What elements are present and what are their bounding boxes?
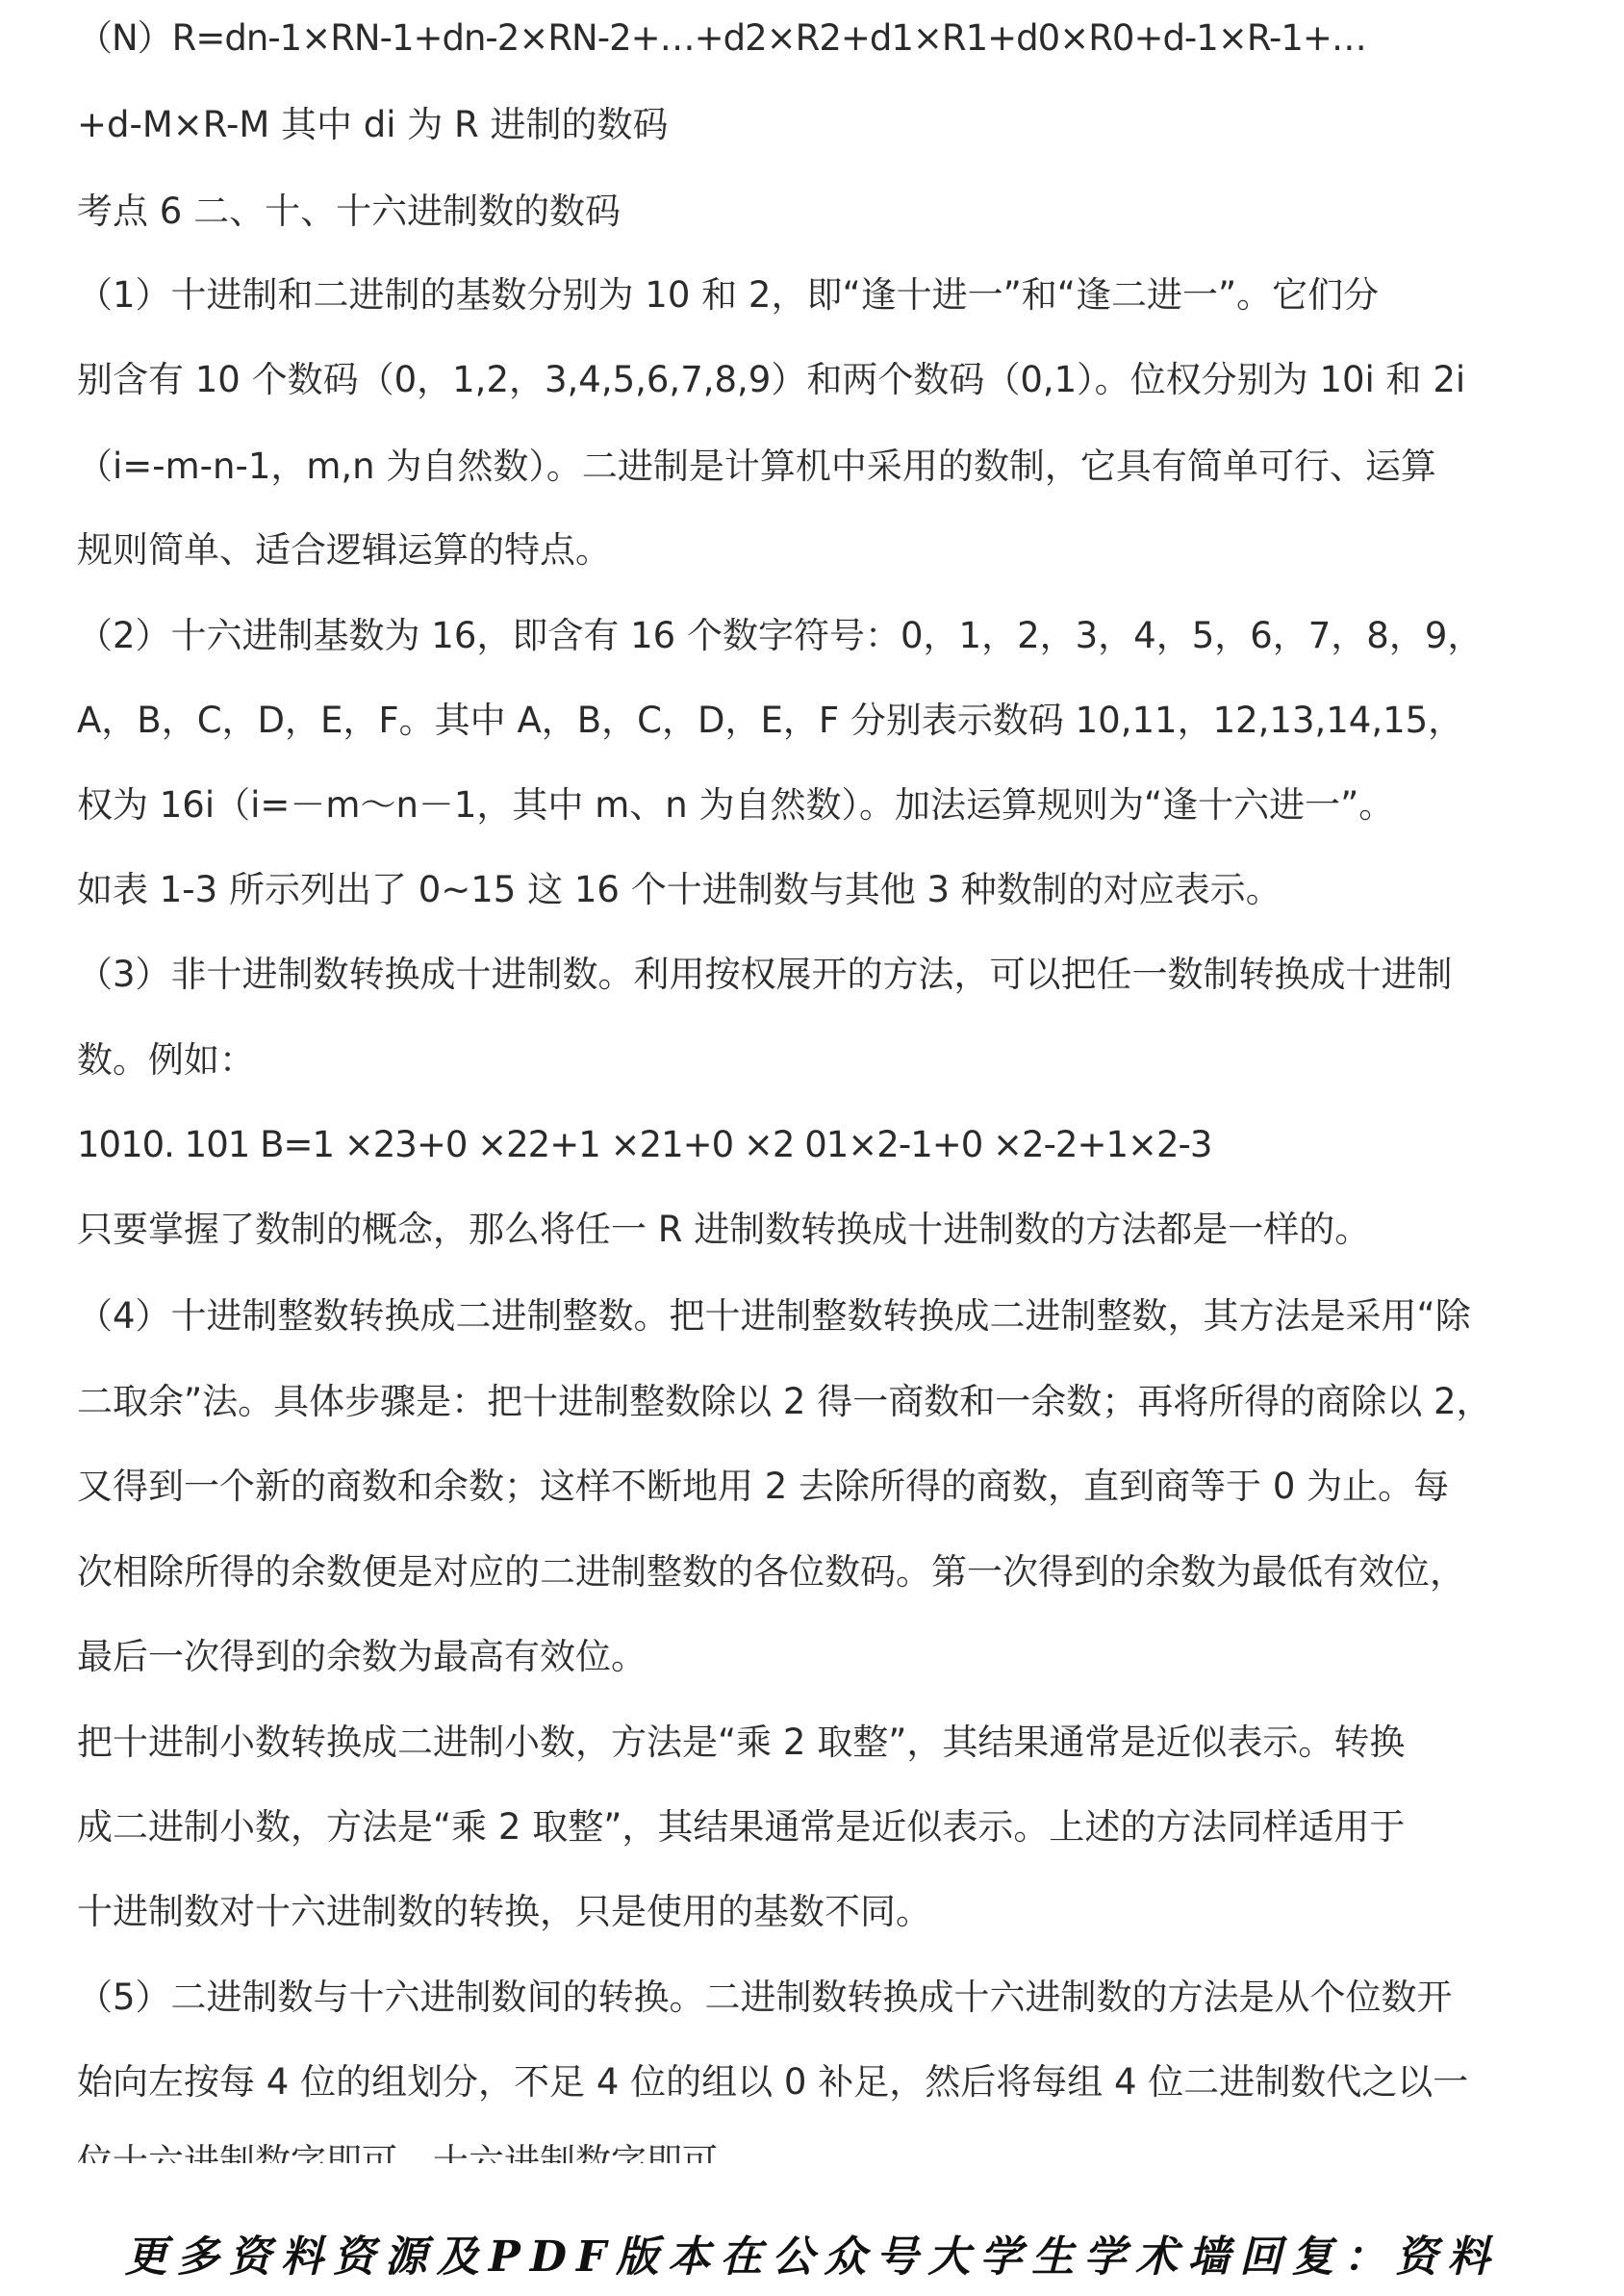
text-line: （1）十进制和二进制的基数分别为 10 和 2，即“逢十进一”和“逢二进一”。它… bbox=[77, 271, 1379, 319]
text-line: 十进制数对十六进制数的转换，只是使用的基数不同。 bbox=[77, 1888, 931, 1936]
text-line: （3）非十进制数转换成十进制数。利用按权展开的方法，可以把任一数制转换成十进制 bbox=[77, 951, 1453, 999]
text-line: 权为 16i（i=－m～n－1，其中 m、n 为自然数）。加法运算规则为“逢十六… bbox=[77, 781, 1394, 829]
text-line: +d-M×R-M 其中 di 为 R 进制的数码 bbox=[77, 101, 669, 149]
text-line: 次相除所得的余数便是对应的二进制整数的各位数码。第一次得到的余数为最低有效位， bbox=[77, 1548, 1465, 1596]
text-line: 始向左按每 4 位的组划分，不足 4 位的组以 0 补足，然后将每组 4 位二进… bbox=[77, 2058, 1468, 2106]
text-line: （i=-m-n-1，m,n 为自然数）。二进制是计算机中采用的数制，它具有简单可… bbox=[77, 443, 1436, 491]
text-line: （4）十进制整数转换成二进制整数。把十进制整数转换成二进制整数，其方法是采用“除 bbox=[77, 1292, 1471, 1340]
text-line-formula: （N）R=dn-1×RN-1+dn-2×RN-2+…+d2×R2+d1×R1+d… bbox=[77, 14, 1366, 63]
text-line: （2）十六进制基数为 16，即含有 16 个数字符号：0，1，2，3，4，5，6… bbox=[77, 612, 1483, 660]
text-line: 如表 1-3 所示列出了 0~15 这 16 个十进制数与其他 3 种数制的对应… bbox=[77, 866, 1281, 914]
text-line: 只要掌握了数制的概念，那么将任一 R 进制数转换成十进制数的方法都是一样的。 bbox=[77, 1206, 1370, 1254]
text-line: 最后一次得到的余数为最高有效位。 bbox=[77, 1633, 647, 1681]
text-line: 别含有 10 个数码（0，1,2，3,4,5,6,7,8,9）和两个数码（0,1… bbox=[77, 356, 1465, 404]
text-line: （5）二进制数与十六进制数间的转换。二进制数转换成十六进制数的方法是从个位数开 bbox=[77, 1974, 1453, 2022]
text-line: 二取余”法。具体步骤是：把十进制整数除以 2 得一商数和一余数；再将所得的商除以… bbox=[77, 1378, 1492, 1426]
text-line: 又得到一个新的商数和余数；这样不断地用 2 去除所得的商数，直到商等于 0 为止… bbox=[77, 1463, 1449, 1511]
text-line: A，B，C，D，E，F。其中 A，B，C，D，E，F 分别表示数码 10,11，… bbox=[77, 697, 1463, 745]
section-heading: 考点 6 二、十、十六进制数的数码 bbox=[77, 188, 621, 236]
text-line-formula: 1010. 101 B=1 ×23+0 ×22+1 ×21+0 ×2 01×2-… bbox=[77, 1121, 1211, 1169]
text-line: 成二进制小数，方法是“乘 2 取整”，其结果通常是近似表示。上述的方法同样适用于 bbox=[77, 1803, 1405, 1851]
text-line: 规则简单、适合逻辑运算的特点。 bbox=[77, 526, 611, 574]
footer-watermark: 更多资料资源及PDF版本在公众号大学生学术墙回复：资料 bbox=[0, 2229, 1624, 2286]
text-line-cutoff: 位十六进制数字即可。十六进制数字即可 bbox=[77, 2138, 718, 2163]
document-page: （N）R=dn-1×RN-1+dn-2×RN-2+…+d2×R2+d1×R1+d… bbox=[0, 0, 1624, 2296]
text-line: 把十进制小数转换成二进制小数，方法是“乘 2 取整”，其结果通常是近似表示。转换 bbox=[77, 1719, 1405, 1767]
text-line: 数。例如： bbox=[77, 1036, 255, 1084]
